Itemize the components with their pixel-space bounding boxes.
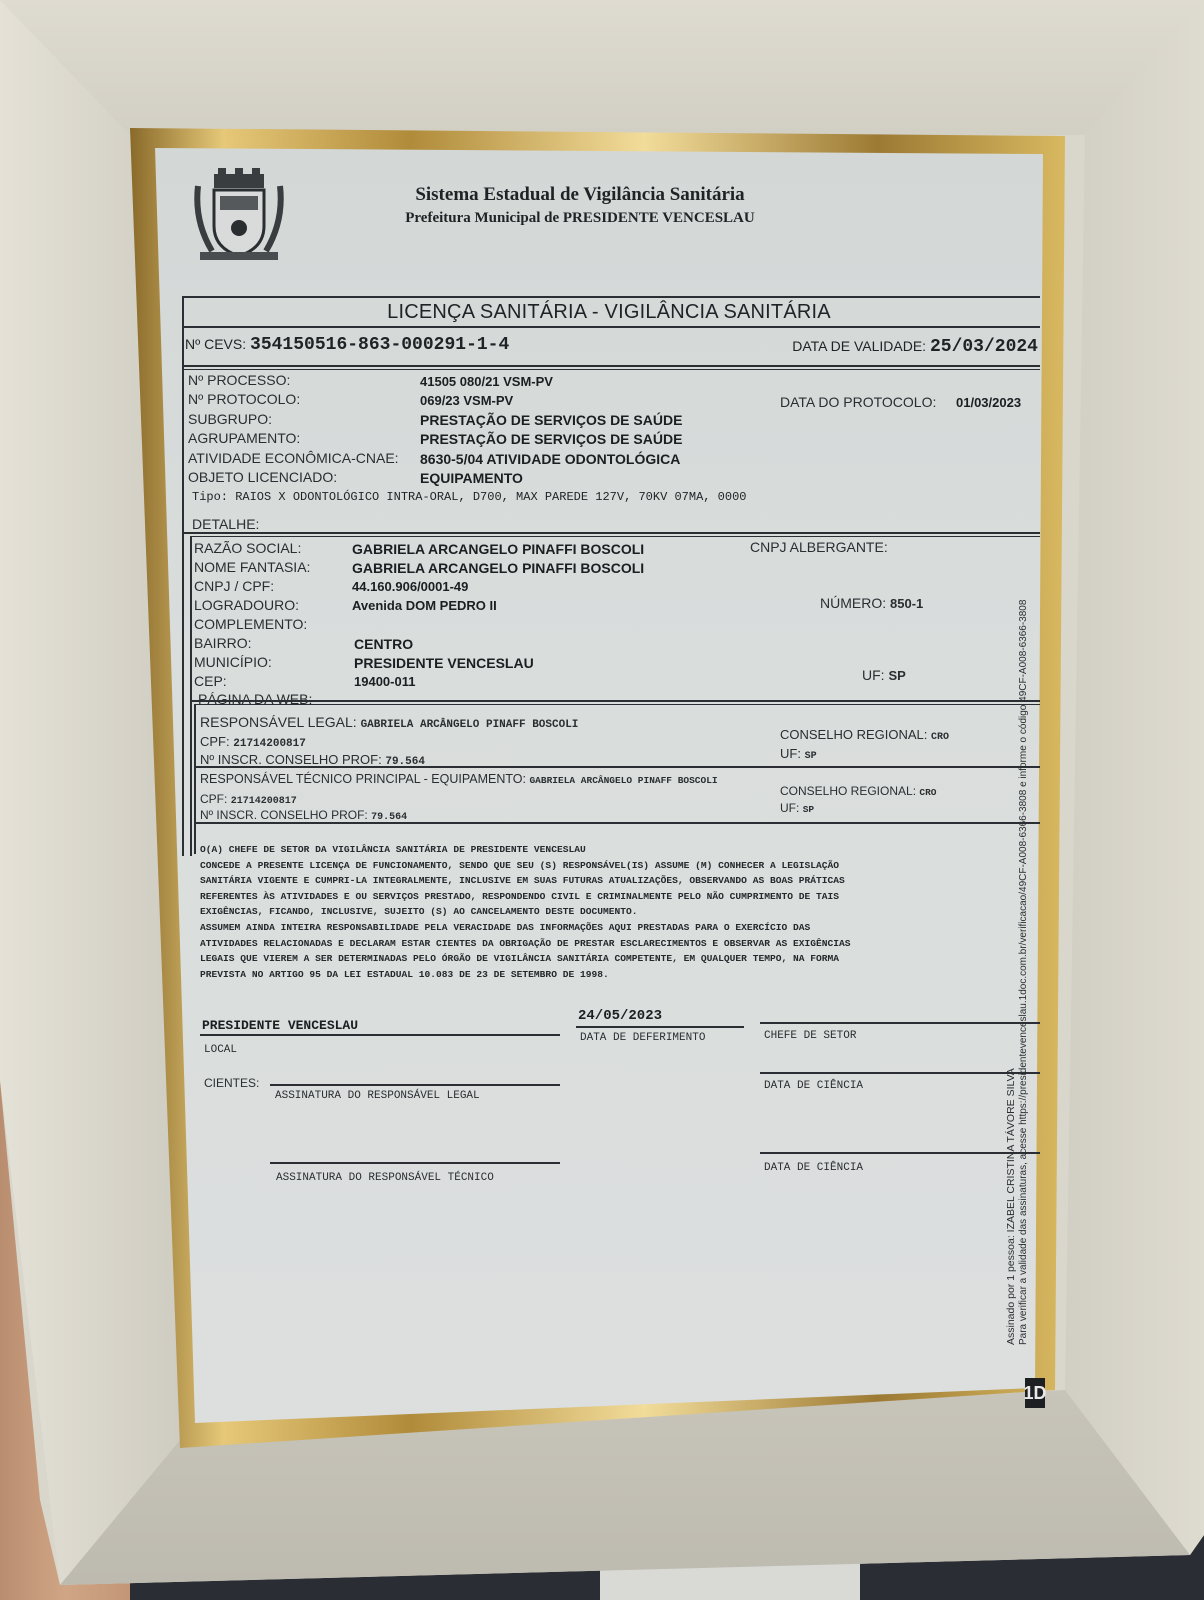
uf-label: UF:: [780, 801, 799, 815]
field-label: Nº PROCESSO:: [188, 372, 290, 388]
divider: [182, 365, 1040, 367]
field-label: LOGRADOURO:: [194, 597, 299, 613]
deferment-date: 24/05/2023: [578, 1008, 662, 1024]
equipment-type: Tipo: RAIOS X ODONTOLÓGICO INTRA-ORAL, D…: [192, 490, 747, 504]
field-label: COMPLEMENTO:: [194, 616, 307, 632]
technical-signature-line[interactable]: [270, 1162, 560, 1164]
field-label: ATIVIDADE ECONÔMICA-CNAE:: [188, 450, 399, 466]
uf-value: SP: [888, 668, 905, 683]
document-title: LICENÇA SANITÁRIA - VIGILÂNCIA SANITÁRIA: [180, 301, 1038, 324]
deferment-line: [576, 1026, 744, 1028]
municipality: PRESIDENTE VENCESLAU: [354, 655, 534, 671]
cientes-label: CIENTES:: [204, 1076, 259, 1090]
divider: [194, 822, 1040, 824]
technical-signature-caption: ASSINATURA DO RESPONSÁVEL TÉCNICO: [276, 1172, 494, 1184]
field-label: AGRUPAMENTO:: [188, 430, 300, 446]
field-label: CNPJ / CPF:: [194, 578, 274, 594]
number-value: 850-1: [890, 596, 923, 611]
technical-uf: UF: SP: [780, 801, 814, 815]
council-value: CRO: [919, 787, 936, 798]
street-number: NÚMERO: 850-1: [820, 595, 923, 611]
legal-uf: UF: SP: [780, 746, 817, 762]
process-number: 41505 080/21 VSM-PV: [420, 374, 553, 389]
legal-council: CONSELHO REGIONAL: CRO: [780, 727, 949, 743]
legal-signature-line[interactable]: [270, 1084, 560, 1086]
cpf-label: CPF:: [200, 792, 227, 806]
legal-cpf: CPF: 21714200817: [200, 734, 306, 750]
cevs-number: Nº CEVS: 354150516-863-000291-1-4: [185, 335, 509, 355]
divider: [182, 326, 1040, 328]
company-name: GABRIELA ARCANGELO PINAFFI BOSCOLI: [352, 541, 644, 557]
detail-label: DETALHE:: [192, 516, 259, 532]
municipality-name: Prefeitura Municipal de PRESIDENTE VENCE…: [180, 210, 980, 227]
technical-cpf: CPF: 21714200817: [200, 792, 297, 807]
trade-name: GABRIELA ARCANGELO PINAFFI BOSCOLI: [352, 560, 644, 576]
uf-value: SP: [803, 804, 814, 815]
host-cnpj-label: CNPJ ALBERGANTE:: [750, 539, 888, 555]
cevs-value: 354150516-863-000291-1-4: [250, 335, 509, 355]
divider: [190, 700, 1040, 702]
council-value: CRO: [931, 732, 949, 743]
legal-signature-caption: ASSINATURA DO RESPONSÁVEL LEGAL: [275, 1090, 480, 1102]
divider: [190, 536, 1040, 537]
technical-responsible-label: RESPONSÁVEL TÉCNICO PRINCIPAL - EQUIPAME…: [200, 772, 526, 786]
cnpj-cpf: 44.160.906/0001-49: [352, 579, 468, 594]
technical-inscription: Nº INSCR. CONSELHO PROF: 79.564: [200, 808, 407, 823]
cpf-label: CPF:: [200, 734, 230, 749]
uf-value: SP: [805, 751, 817, 762]
legal-responsible-name: GABRIELA ARCÂNGELO PINAFF BOSCOLI: [361, 719, 579, 731]
field-label: NOME FANTASIA:: [194, 559, 310, 575]
frame-top: [0, 0, 1204, 135]
chief-caption: CHEFE DE SETOR: [764, 1030, 856, 1042]
divider: [194, 766, 1040, 768]
cpf-value: 21714200817: [233, 738, 306, 750]
license-document: Sistema Estadual de Vigilância Sanitária…: [180, 160, 1040, 1390]
divider: [182, 296, 184, 856]
technical-responsible-name: GABRIELA ARCÂNGELO PINAFF BOSCOLI: [529, 775, 717, 786]
council-label: CONSELHO REGIONAL:: [780, 784, 916, 798]
cpf-value: 21714200817: [231, 796, 297, 807]
validity-value: 25/03/2024: [930, 337, 1038, 357]
divider: [182, 296, 1040, 298]
protocol-number: 069/23 VSM-PV: [420, 393, 513, 408]
system-name: Sistema Estadual de Vigilância Sanitária: [180, 184, 980, 206]
validity-date: DATA DE VALIDADE: 25/03/2024: [792, 337, 1038, 357]
state: UF: SP: [862, 667, 906, 683]
local-value: PRESIDENTE VENCESLAU: [202, 1018, 358, 1033]
street: Avenida DOM PEDRO II: [352, 598, 497, 613]
field-label: CEP:: [194, 673, 227, 689]
local-line: [200, 1034, 560, 1036]
field-label: BAIRRO:: [194, 635, 252, 651]
field-label: OBJETO LICENCIADO:: [188, 469, 337, 485]
technical-council: CONSELHO REGIONAL: CRO: [780, 784, 936, 798]
field-label: MUNICÍPIO:: [194, 654, 272, 670]
divider: [194, 704, 1040, 705]
field-label: RAZÃO SOCIAL:: [194, 540, 301, 556]
protocol-date: 01/03/2023: [956, 395, 1021, 410]
local-caption: LOCAL: [204, 1044, 237, 1056]
council-label: CONSELHO REGIONAL:: [780, 727, 927, 742]
science-date-line-2[interactable]: [760, 1152, 1040, 1154]
zip-code: 19400-011: [354, 674, 415, 689]
cevs-label: Nº CEVS:: [185, 336, 246, 352]
protocol-date-label: DATA DO PROTOCOLO:: [780, 394, 936, 410]
legal-declaration: O(A) CHEFE DE SETOR DA VIGILÂNCIA SANITÁ…: [200, 842, 1030, 982]
cnae-activity: 8630-5/04 ATIVIDADE ODONTOLÓGICA: [420, 451, 680, 467]
inscription-label: Nº INSCR. CONSELHO PROF:: [200, 808, 368, 822]
chief-signature-line[interactable]: [760, 1022, 1040, 1024]
neighborhood: CENTRO: [354, 636, 413, 652]
uf-label: UF:: [780, 746, 801, 761]
validity-label: DATA DE VALIDADE:: [792, 338, 926, 354]
divider: [190, 536, 192, 856]
science-date-caption-2: DATA DE CIÊNCIA: [764, 1162, 863, 1174]
divider: [182, 532, 1040, 534]
inscription-label: Nº INSCR. CONSELHO PROF:: [200, 752, 382, 767]
subgroup: PRESTAÇÃO DE SERVIÇOS DE SAÚDE: [420, 412, 682, 428]
field-label: Nº PROTOCOLO:: [188, 391, 300, 407]
grouping: PRESTAÇÃO DE SERVIÇOS DE SAÚDE: [420, 431, 682, 447]
divider: [182, 369, 1040, 370]
technical-responsible: RESPONSÁVEL TÉCNICO PRINCIPAL - EQUIPAME…: [200, 772, 718, 786]
field-label: SUBGRUPO:: [188, 411, 272, 427]
uf-label: UF:: [862, 667, 885, 683]
1doc-logo-icon: 1D: [1025, 1378, 1045, 1408]
verification-note: Para verificar a validade das assinatura…: [1018, 600, 1029, 1345]
science-date-caption-1: DATA DE CIÊNCIA: [764, 1080, 863, 1092]
science-date-line-1[interactable]: [760, 1072, 1040, 1074]
licensed-object: EQUIPAMENTO: [420, 470, 523, 486]
legal-responsible: RESPONSÁVEL LEGAL: GABRIELA ARCÂNGELO PI…: [200, 714, 578, 731]
deferment-caption: DATA DE DEFERIMENTO: [580, 1032, 705, 1044]
digital-signer: Assinado por 1 pessoa: IZABEL CRISTINA T…: [1005, 1068, 1017, 1345]
number-label: NÚMERO:: [820, 595, 886, 611]
divider: [194, 704, 196, 854]
legal-responsible-label: RESPONSÁVEL LEGAL:: [200, 714, 357, 730]
